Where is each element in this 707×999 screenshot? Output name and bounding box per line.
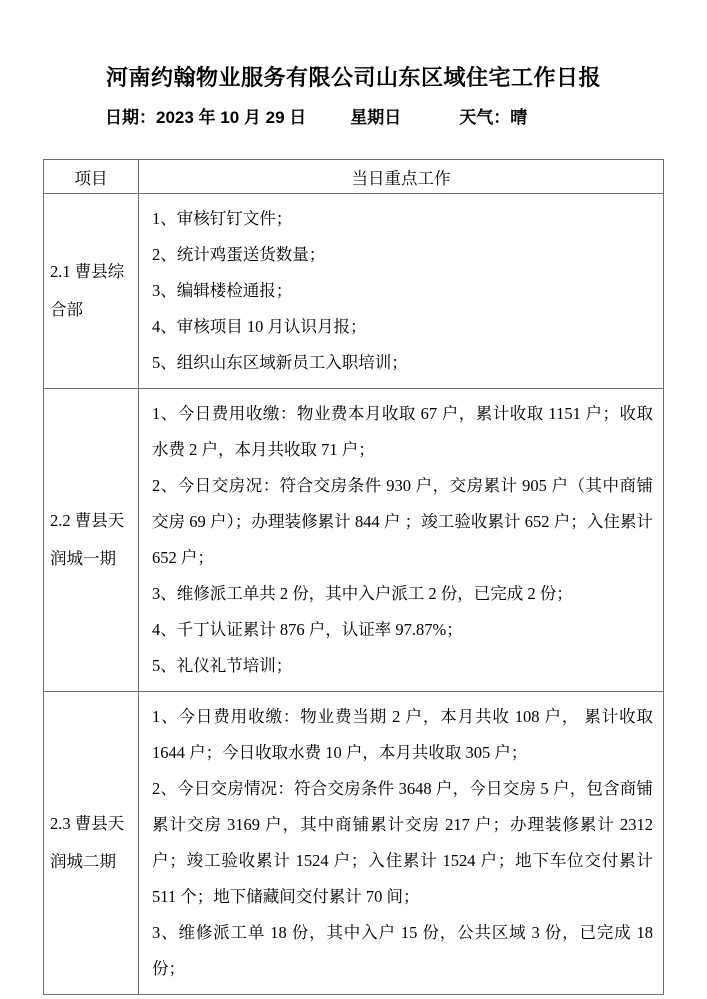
- work-item: 3、维修派工单共 2 份，其中入户派工 2 份，已完成 2 份；: [152, 576, 653, 612]
- work-item: 2、统计鸡蛋送货数量；: [152, 237, 653, 273]
- work-item: 4、审核项目 10 月认识月报；: [152, 309, 653, 345]
- work-item: 2、今日交房情况：符合交房条件 3648 户，今日交房 5 户，包含商铺累计交房…: [152, 771, 653, 915]
- work-item: 2、今日交房况：符合交房条件 930 户，交房累计 905 户（其中商铺交房 6…: [152, 468, 653, 576]
- work-item: 5、组织山东区域新员工入职培训；: [152, 345, 653, 381]
- project-cell: 2.2 曹县天润城一期: [44, 389, 139, 692]
- work-cell: 1、今日费用收缴：物业费当期 2 户，本月共收 108 户， 累计收取 1644…: [139, 692, 664, 995]
- work-item: 3、维修派工单 18 份，其中入户 15 份，公共区域 3 份，已完成 18 份…: [152, 915, 653, 987]
- project-cell: 2.3 曹县天润城二期: [44, 692, 139, 995]
- weather-label: 天气：晴: [459, 106, 527, 130]
- table-header-row: 项目 当日重点工作: [44, 160, 664, 194]
- work-item: 1、今日费用收缴：物业费本月收取 67 户，累计收取 1151 户；收取水费 2…: [152, 396, 653, 468]
- date-label: 日期：2023 年 10 月 29 日: [105, 106, 306, 130]
- work-item: 4、千丁认证累计 876 户，认证率 97.87%；: [152, 612, 653, 648]
- work-item: 1、今日费用收缴：物业费当期 2 户，本月共收 108 户， 累计收取 1644…: [152, 699, 653, 771]
- work-item: 5、礼仪礼节培训；: [152, 648, 653, 684]
- table-row-tianruncheng-phase1: 2.2 曹县天润城一期 1、今日费用收缴：物业费本月收取 67 户，累计收取 1…: [44, 389, 664, 692]
- project-cell: 2.1 曹县综合部: [44, 194, 139, 389]
- work-cell: 1、审核钉钉文件； 2、统计鸡蛋送货数量； 3、编辑楼检通报； 4、审核项目 1…: [139, 194, 664, 389]
- work-cell: 1、今日费用收缴：物业费本月收取 67 户，累计收取 1151 户；收取水费 2…: [139, 389, 664, 692]
- daily-report-table: 项目 当日重点工作 2.1 曹县综合部 1、审核钉钉文件； 2、统计鸡蛋送货数量…: [43, 159, 664, 995]
- header-project: 项目: [44, 160, 139, 194]
- header-daily-work: 当日重点工作: [139, 160, 664, 194]
- work-item: 1、审核钉钉文件；: [152, 201, 653, 237]
- weekday-label: 星期日: [350, 106, 401, 130]
- page-title: 河南约翰物业服务有限公司山东区域住宅工作日报: [0, 0, 707, 94]
- work-item: 3、编辑楼检通报；: [152, 273, 653, 309]
- document-page: 河南约翰物业服务有限公司山东区域住宅工作日报 日期：2023 年 10 月 29…: [0, 0, 707, 999]
- table-row-tianruncheng-phase2: 2.3 曹县天润城二期 1、今日费用收缴：物业费当期 2 户，本月共收 108 …: [44, 692, 664, 995]
- table-row-caoxian-zonghebu: 2.1 曹县综合部 1、审核钉钉文件； 2、统计鸡蛋送货数量； 3、编辑楼检通报…: [44, 194, 664, 389]
- meta-line: 日期：2023 年 10 月 29 日 星期日 天气：晴: [105, 106, 707, 130]
